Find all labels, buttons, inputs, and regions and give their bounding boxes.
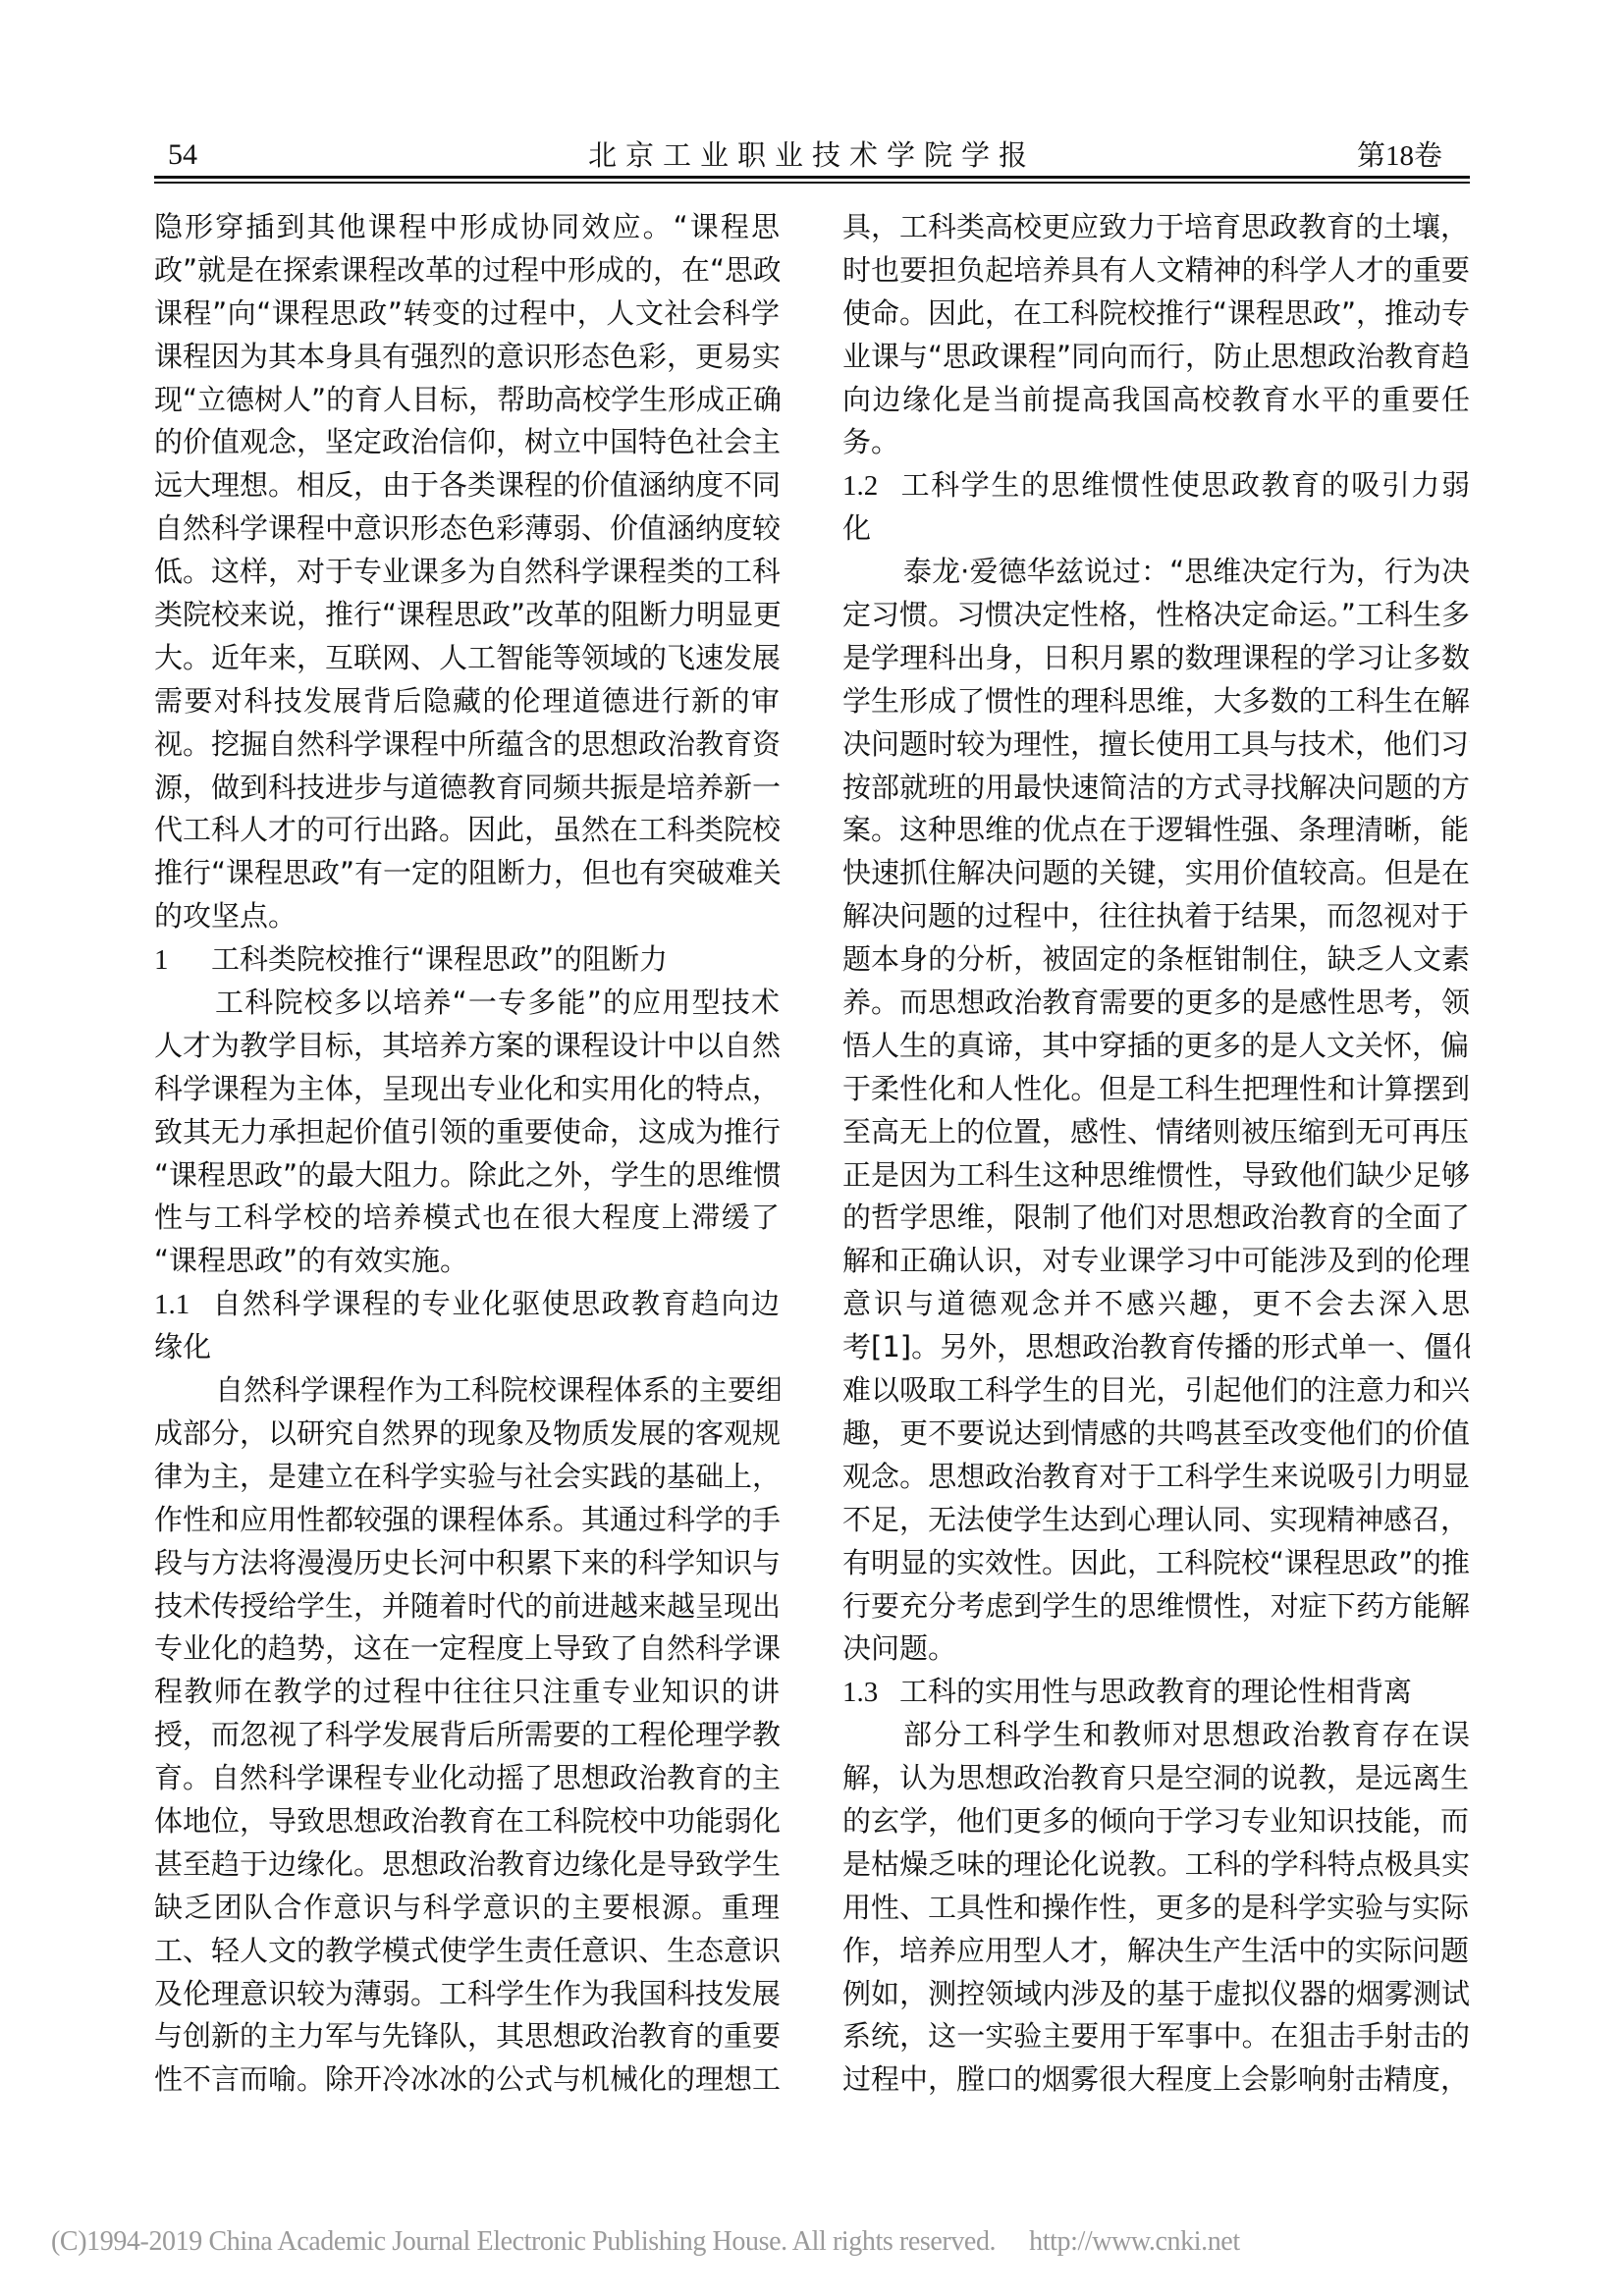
text-line: 性不言而喻。除开冷冰冰的公式与机械化的理想工 xyxy=(154,2058,780,2102)
text-line: 考[1]。另外，思想政治教育传播的形式单一、僵化， xyxy=(842,1326,1470,1369)
text-line: 务。 xyxy=(842,421,1470,464)
text-line: 按部就班的用最快速简洁的方式寻找解决问题的方 xyxy=(842,767,1470,810)
text-line: 时也要担负起培养具有人文精神的科学人才的重要 xyxy=(842,249,1470,293)
text-line: 学生形成了惯性的理科思维，大多数的工科生在解 xyxy=(842,680,1470,723)
text-line: 体地位，导致思想政治教育在工科院校中功能弱化 xyxy=(154,1800,780,1843)
text-line: 工科院校多以培养“一专多能”的应用型技术 xyxy=(154,982,780,1025)
text-line: 有明显的实效性。因此，工科院校“课程思政”的推 xyxy=(842,1542,1470,1585)
text-line: 工、轻人文的教学模式使学生责任意识、生态意识、 xyxy=(154,1930,780,1973)
left-column: 隐形穿插到其他课程中形成协同效应。“课程思政”就是在探索课程改革的过程中形成的，… xyxy=(154,206,780,2102)
text-line: 需要对科技发展背后隐藏的伦理道德进行新的审 xyxy=(154,680,780,723)
text-line: 专业化的趋势，这在一定程度上导致了自然科学课 xyxy=(154,1628,780,1671)
volume-prefix: 第 xyxy=(1357,138,1385,172)
text-line: 例如，测控领域内涉及的基于虚拟仪器的烟雾测试 xyxy=(842,1973,1470,2016)
text-line: 类院校来说，推行“课程思政”改革的阻断力明显更 xyxy=(154,594,780,637)
section-title: 工科学生的思维惯性使思政教育的吸引力弱 xyxy=(899,468,1470,502)
text-line: 观念。思想政治教育对于工科学生来说吸引力明显 xyxy=(842,1456,1470,1499)
text-line: 的价值观念，坚定政治信仰，树立中国特色社会主义 xyxy=(154,421,780,464)
section-number: 1.2 xyxy=(842,465,899,507)
text-line: 技术传授给学生，并随着时代的前进越来越呈现出 xyxy=(154,1585,780,1629)
text-line: 推行“课程思政”有一定的阻断力，但也有突破难关 xyxy=(154,852,780,895)
text-line: 源，做到科技进步与道德教育同频共振是培养新一 xyxy=(154,767,780,810)
text-line: 的玄学，他们更多的倾向于学习专业知识技能，而不 xyxy=(842,1800,1470,1843)
volume-suffix: 卷 xyxy=(1414,138,1442,172)
text-line: 解，认为思想政治教育只是空洞的说教，是远离生活 xyxy=(842,1757,1470,1800)
running-header: 54 北京工业职业技术学院学报 第18卷 xyxy=(154,135,1470,175)
right-column: 具，工科类高校更应致力于培育思政教育的土壤，同时也要担负起培养具有人文精神的科学… xyxy=(842,206,1470,2102)
section-title: 自然科学课程的专业化驱使思政教育趋向边 xyxy=(211,1287,780,1320)
text-line: 大。近年来，互联网、人工智能等领域的飞速发展， xyxy=(154,637,780,680)
text-line: 与创新的主力军与先锋队，其思想政治教育的重要 xyxy=(154,2015,780,2058)
text-line: 政”就是在探索课程改革的过程中形成的，在“思政 xyxy=(154,249,780,293)
text-line: 于柔性化和人性化。但是工科生把理性和计算摆到 xyxy=(842,1068,1470,1111)
text-line: 向边缘化是当前提高我国高校教育水平的重要任 xyxy=(842,379,1470,422)
text-line: 甚至趋于边缘化。思想政治教育边缘化是导致学生 xyxy=(154,1843,780,1887)
text-line: 难以吸取工科学生的目光，引起他们的注意力和兴 xyxy=(842,1369,1470,1413)
text-line: 具，工科类高校更应致力于培育思政教育的土壤，同 xyxy=(842,206,1470,249)
volume-label: 第18卷 xyxy=(1357,135,1442,176)
text-line: 育。自然科学课程专业化动摇了思想政治教育的主 xyxy=(154,1757,780,1800)
text-line: 解决问题的过程中，往往执着于结果，而忽视对于问 xyxy=(842,895,1470,938)
text-line: 业课与“思政课程”同向而行，防止思想政治教育趋 xyxy=(842,336,1470,379)
text-line: 程教师在教学的过程中往往只注重专业知识的讲 xyxy=(154,1671,780,1714)
text-line: 性与工科学校的培养模式也在很大程度上滞缓了 xyxy=(154,1197,780,1240)
section-heading: 1.2工科学生的思维惯性使思政教育的吸引力弱 xyxy=(842,464,1470,507)
text-line: 授，而忽视了科学发展背后所需要的工程伦理学教 xyxy=(154,1714,780,1757)
text-line: 作，培养应用型人才，解决生产生活中的实际问题。 xyxy=(842,1930,1470,1973)
section-heading: 1工科类院校推行“课程思政”的阻断力 xyxy=(154,938,780,982)
text-line: 解和正确认识，对专业课学习中可能涉及到的伦理 xyxy=(842,1240,1470,1283)
text-line: 至高无上的位置，感性、情绪则被压缩到无可再压。 xyxy=(842,1111,1470,1154)
text-line: 决问题时较为理性，擅长使用工具与技术，他们习惯 xyxy=(842,723,1470,767)
section-number: 1 xyxy=(154,939,211,982)
text-line: 课程”向“课程思政”转变的过程中，人文社会科学 xyxy=(154,293,780,336)
text-line: 现“立德树人”的育人目标，帮助高校学生形成正确 xyxy=(154,379,780,422)
text-line: 致其无力承担起价值引领的重要使命，这成为推行 xyxy=(154,1111,780,1154)
text-line: 段与方法将漫漫历史长河中积累下来的科学知识与 xyxy=(154,1542,780,1585)
text-line: 定习惯。习惯决定性格，性格决定命运。”工科生多 xyxy=(842,594,1470,637)
text-line: 隐形穿插到其他课程中形成协同效应。“课程思 xyxy=(154,206,780,249)
text-line: 自然科学课程中意识形态色彩薄弱、价值涵纳度较 xyxy=(154,507,780,551)
text-line: 化 xyxy=(842,507,1470,551)
text-line: 成部分，以研究自然界的现象及物质发展的客观规 xyxy=(154,1413,780,1456)
section-number: 1.3 xyxy=(842,1672,899,1714)
header-rule-thin xyxy=(154,182,1470,184)
text-line: 系统，这一实验主要用于军事中。在狙击手射击的 xyxy=(842,2015,1470,2058)
text-line: 课程因为其本身具有强烈的意识形态色彩，更易实 xyxy=(154,336,780,379)
text-line: 自然科学课程作为工科院校课程体系的主要组 xyxy=(154,1369,780,1413)
text-line: 律为主，是建立在科学实验与社会实践的基础上，操 xyxy=(154,1456,780,1499)
text-line: 作性和应用性都较强的课程体系。其通过科学的手 xyxy=(154,1499,780,1542)
text-line: 用性、工具性和操作性，更多的是科学实验与实际操 xyxy=(842,1887,1470,1930)
text-line: 及伦理意识较为薄弱。工科学生作为我国科技发展 xyxy=(154,1973,780,2016)
text-line: 案。这种思维的优点在于逻辑性强、条理清晰，能够 xyxy=(842,809,1470,852)
copyright-text: (C)1994-2019 China Academic Journal Elec… xyxy=(51,2226,996,2257)
text-line: “课程思政”的有效实施。 xyxy=(154,1240,780,1283)
text-line: “课程思政”的最大阻力。除此之外，学生的思维惯 xyxy=(154,1154,780,1198)
section-heading: 1.3工科的实用性与思政教育的理论性相背离 xyxy=(842,1671,1470,1714)
text-line: 养。而思想政治教育需要的更多的是感性思考，领 xyxy=(842,982,1470,1025)
text-line: 过程中，膛口的烟雾很大程度上会影响射击精度，造 xyxy=(842,2058,1470,2102)
text-line: 正是因为工科生这种思维惯性，导致他们缺少足够 xyxy=(842,1154,1470,1198)
text-line: 趣，更不要说达到情感的共鸣甚至改变他们的价值 xyxy=(842,1413,1470,1456)
text-line: 泰龙·爱德华兹说过：“思维决定行为，行为决 xyxy=(842,551,1470,594)
footer-url[interactable]: http://www.cnki.net xyxy=(1029,2226,1240,2257)
text-line: 是学理科出身，日积月累的数理课程的学习让多数 xyxy=(842,637,1470,680)
text-line: 缘化 xyxy=(154,1326,780,1369)
copyright-footer: (C)1994-2019 China Academic Journal Elec… xyxy=(51,2226,1240,2258)
text-line: 远大理想。相反，由于各类课程的价值涵纳度不同， xyxy=(154,464,780,507)
section-heading: 1.1自然科学课程的专业化驱使思政教育趋向边 xyxy=(154,1283,780,1326)
text-line: 是枯燥乏味的理论化说教。工科的学科特点极具实 xyxy=(842,1843,1470,1887)
text-line: 人才为教学目标，其培养方案的课程设计中以自然 xyxy=(154,1025,780,1068)
text-line: 意识与道德观念并不感兴趣，更不会去深入思 xyxy=(842,1283,1470,1326)
header-rule-thick xyxy=(154,176,1470,179)
text-line: 不足，无法使学生达到心理认同、实现精神感召，没 xyxy=(842,1499,1470,1542)
text-line: 题本身的分析，被固定的条框钳制住，缺乏人文素 xyxy=(842,938,1470,982)
text-line: 的攻坚点。 xyxy=(154,895,780,938)
text-line: 视。挖掘自然科学课程中所蕴含的思想政治教育资 xyxy=(154,723,780,767)
text-line: 的哲学思维，限制了他们对思想政治教育的全面了 xyxy=(842,1197,1470,1240)
journal-title: 北京工业职业技术学院学报 xyxy=(154,135,1470,175)
text-line: 行要充分考虑到学生的思维惯性，对症下药方能解 xyxy=(842,1585,1470,1629)
text-line: 快速抓住解决问题的关键，实用价值较高。但是在 xyxy=(842,852,1470,895)
text-line: 科学课程为主体，呈现出专业化和实用化的特点，导 xyxy=(154,1068,780,1111)
text-line: 缺乏团队合作意识与科学意识的主要根源。重理 xyxy=(154,1887,780,1930)
text-line: 部分工科学生和教师对思想政治教育存在误 xyxy=(842,1714,1470,1757)
section-title: 工科类院校推行“课程思政”的阻断力 xyxy=(211,942,668,976)
text-line: 悟人生的真谛，其中穿插的更多的是人文关怀，偏向 xyxy=(842,1025,1470,1068)
volume-number: 18 xyxy=(1385,140,1414,172)
text-line: 使命。因此，在工科院校推行“课程思政”，推动专 xyxy=(842,293,1470,336)
text-line: 低。这样，对于专业课多为自然科学课程类的工科 xyxy=(154,551,780,594)
section-number: 1.1 xyxy=(154,1284,211,1326)
text-line: 代工科人才的可行出路。因此，虽然在工科类院校 xyxy=(154,809,780,852)
text-line: 决问题。 xyxy=(842,1628,1470,1671)
section-title: 工科的实用性与思政教育的理论性相背离 xyxy=(899,1675,1412,1708)
